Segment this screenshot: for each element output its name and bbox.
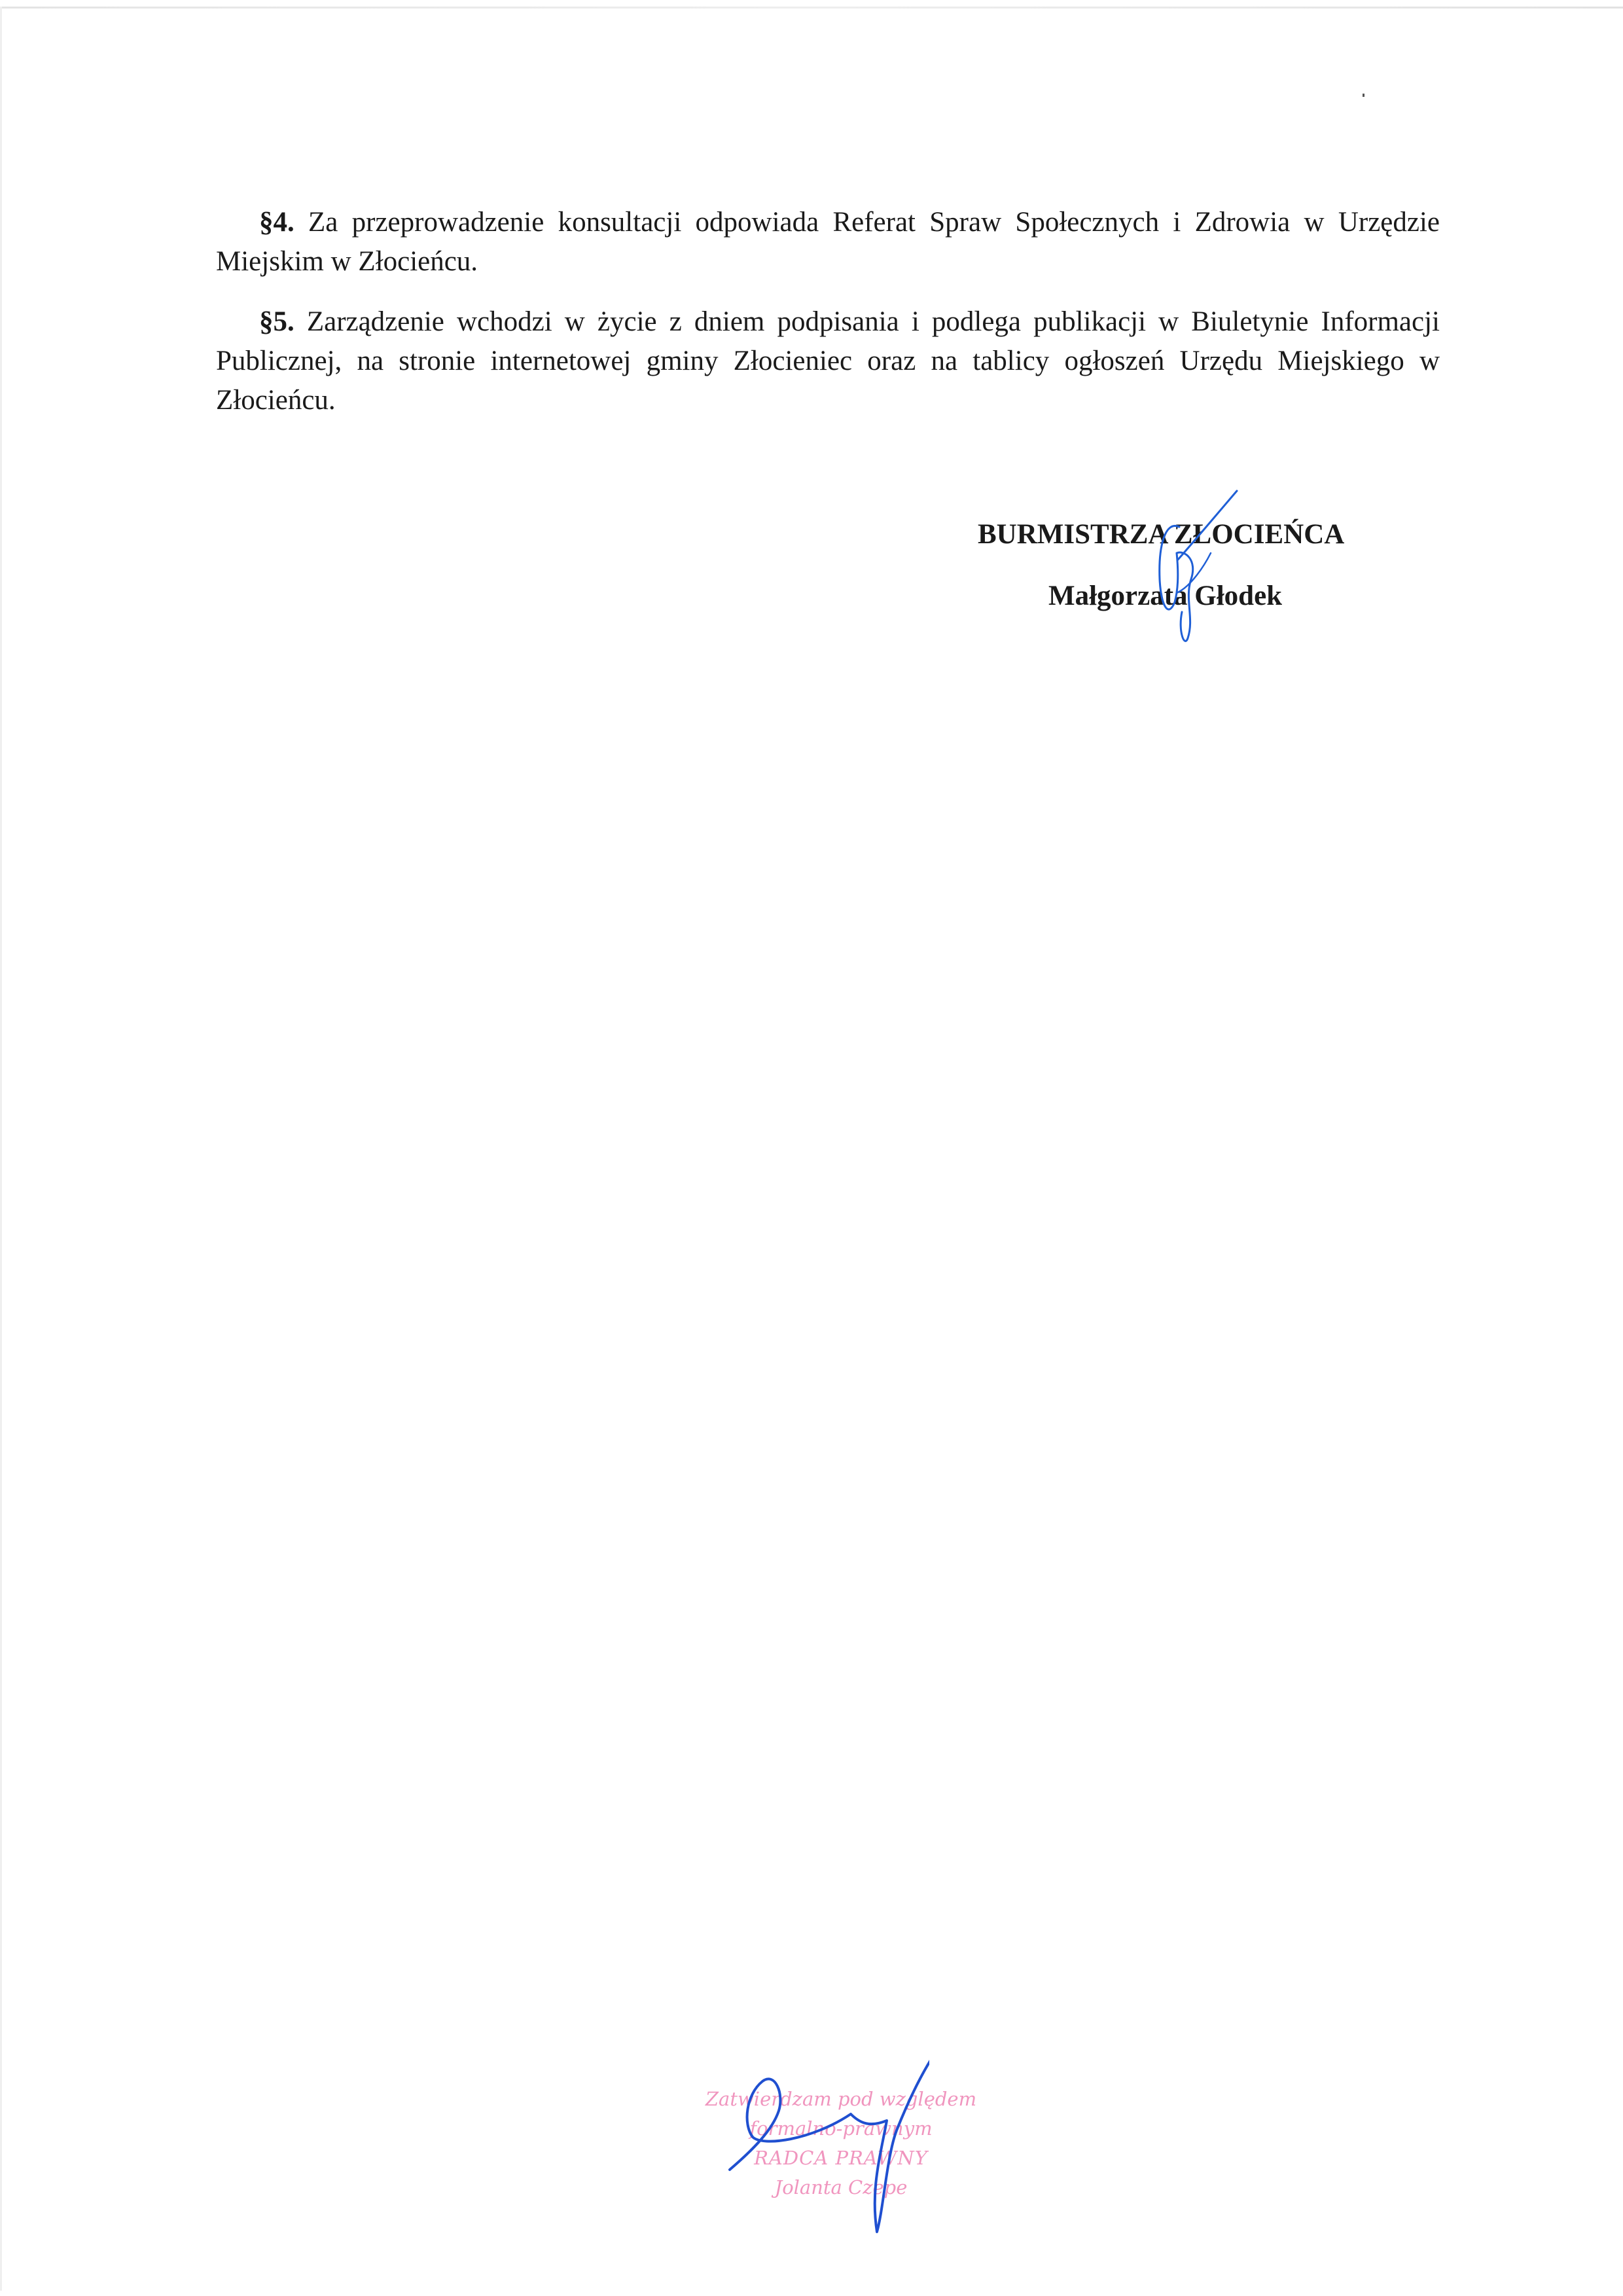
paragraph-section-5: §5. Zarządzenie wchodzi w życie z dniem … bbox=[216, 302, 1440, 420]
legal-approval-stamp: Zatwierdzam pod względem formalno-prawny… bbox=[704, 2085, 978, 2202]
stamp-line: RADCA PRAWNY bbox=[704, 2144, 978, 2173]
scan-edge-left bbox=[0, 7, 2, 2291]
section-number: §4. bbox=[259, 207, 294, 238]
scan-edge-top bbox=[0, 7, 1623, 9]
section-number: §5. bbox=[259, 306, 294, 337]
mayor-signature-block: BURMISTRZA ZŁOCIEŃCA Małgorzata Głodek bbox=[975, 504, 1446, 627]
signatory-title: BURMISTRZA ZŁOCIEŃCA bbox=[975, 504, 1446, 565]
signatory-name: Małgorzata Głodek bbox=[975, 565, 1446, 627]
stamp-line: formalno-prawnym bbox=[704, 2114, 978, 2144]
paragraph-section-4: §4. Za przeprowadzenie konsultacji odpow… bbox=[216, 203, 1440, 281]
stamp-line: Jolanta Czepe bbox=[704, 2173, 978, 2202]
paragraph-text: Za przeprowadzenie konsultacji odpowiada… bbox=[216, 207, 1440, 277]
scan-speck bbox=[1363, 94, 1364, 97]
stamp-line: Zatwierdzam pod względem bbox=[704, 2085, 978, 2114]
paragraph-text: Zarządzenie wchodzi w życie z dniem podp… bbox=[216, 306, 1440, 416]
